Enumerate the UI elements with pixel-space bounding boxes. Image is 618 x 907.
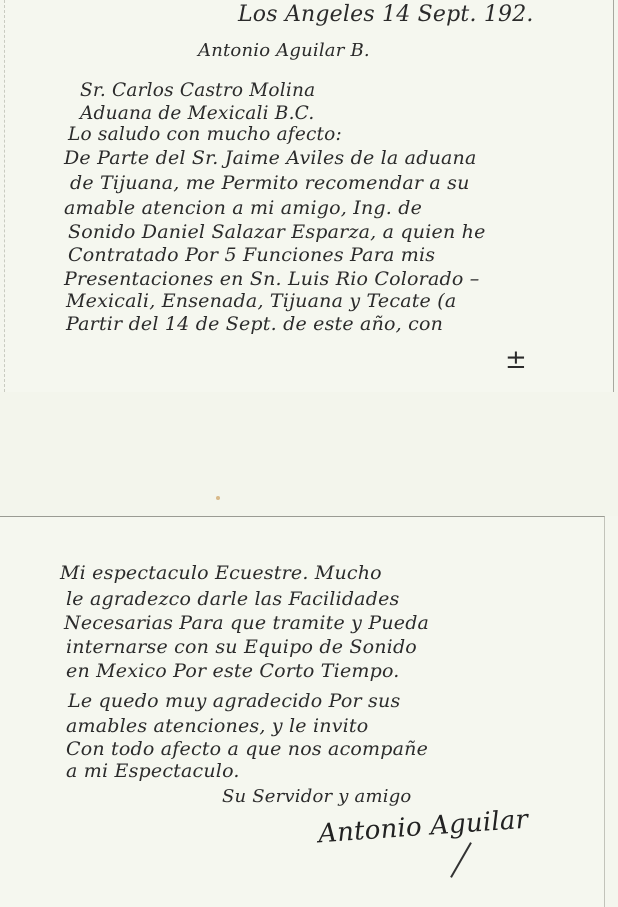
letter-line: amable atencion a mi amigo, Ing. de <box>64 197 422 219</box>
letter-line: Lo saludo con mucho afecto: <box>68 124 342 145</box>
letter-line: Aduana de Mexicali B.C. <box>80 103 314 124</box>
letter-line: en Mexico Por este Corto Tiempo. <box>66 660 400 682</box>
closing: Su Servidor y amigo <box>222 786 411 807</box>
continuation-mark: ± <box>505 345 527 375</box>
letter-line: a mi Espectaculo. <box>66 760 240 782</box>
letter-line: Presentaciones en Sn. Luis Rio Colorado … <box>64 268 479 290</box>
letter-line: de Tijuana, me Permito recomendar a su <box>70 172 470 194</box>
letter-line: amables atenciones, y le invito <box>66 715 368 737</box>
paper-stain <box>216 496 220 500</box>
letter-line: internarse con su Equipo de Sonido <box>66 636 417 658</box>
page-gap <box>0 392 618 516</box>
dateline: Los Angeles 14 Sept. 192. <box>238 2 534 27</box>
letter-line: Mexicali, Ensenada, Tijuana y Tecate (a <box>66 290 456 312</box>
letterhead: Antonio Aguilar B. <box>198 40 370 61</box>
letter-line: Necesarias Para que tramite y Pueda <box>64 612 429 634</box>
letter-line: De Parte del Sr. Jaime Aviles de la adua… <box>64 147 477 169</box>
letter-line: Contratado Por 5 Funciones Para mis <box>68 244 435 266</box>
letter-line: Sonido Daniel Salazar Esparza, a quien h… <box>68 221 486 243</box>
letter-line: Con todo afecto a que nos acompañe <box>66 738 428 760</box>
letter-line: le agradezco darle las Facilidades <box>66 588 399 610</box>
letter-line: Sr. Carlos Castro Molina <box>80 80 315 101</box>
letter-line: Partir del 14 de Sept. de este año, con <box>66 313 443 335</box>
letter-line: Le quedo muy agradecido Por sus <box>68 690 400 712</box>
letter-line: Mi espectaculo Ecuestre. Mucho <box>60 562 382 584</box>
